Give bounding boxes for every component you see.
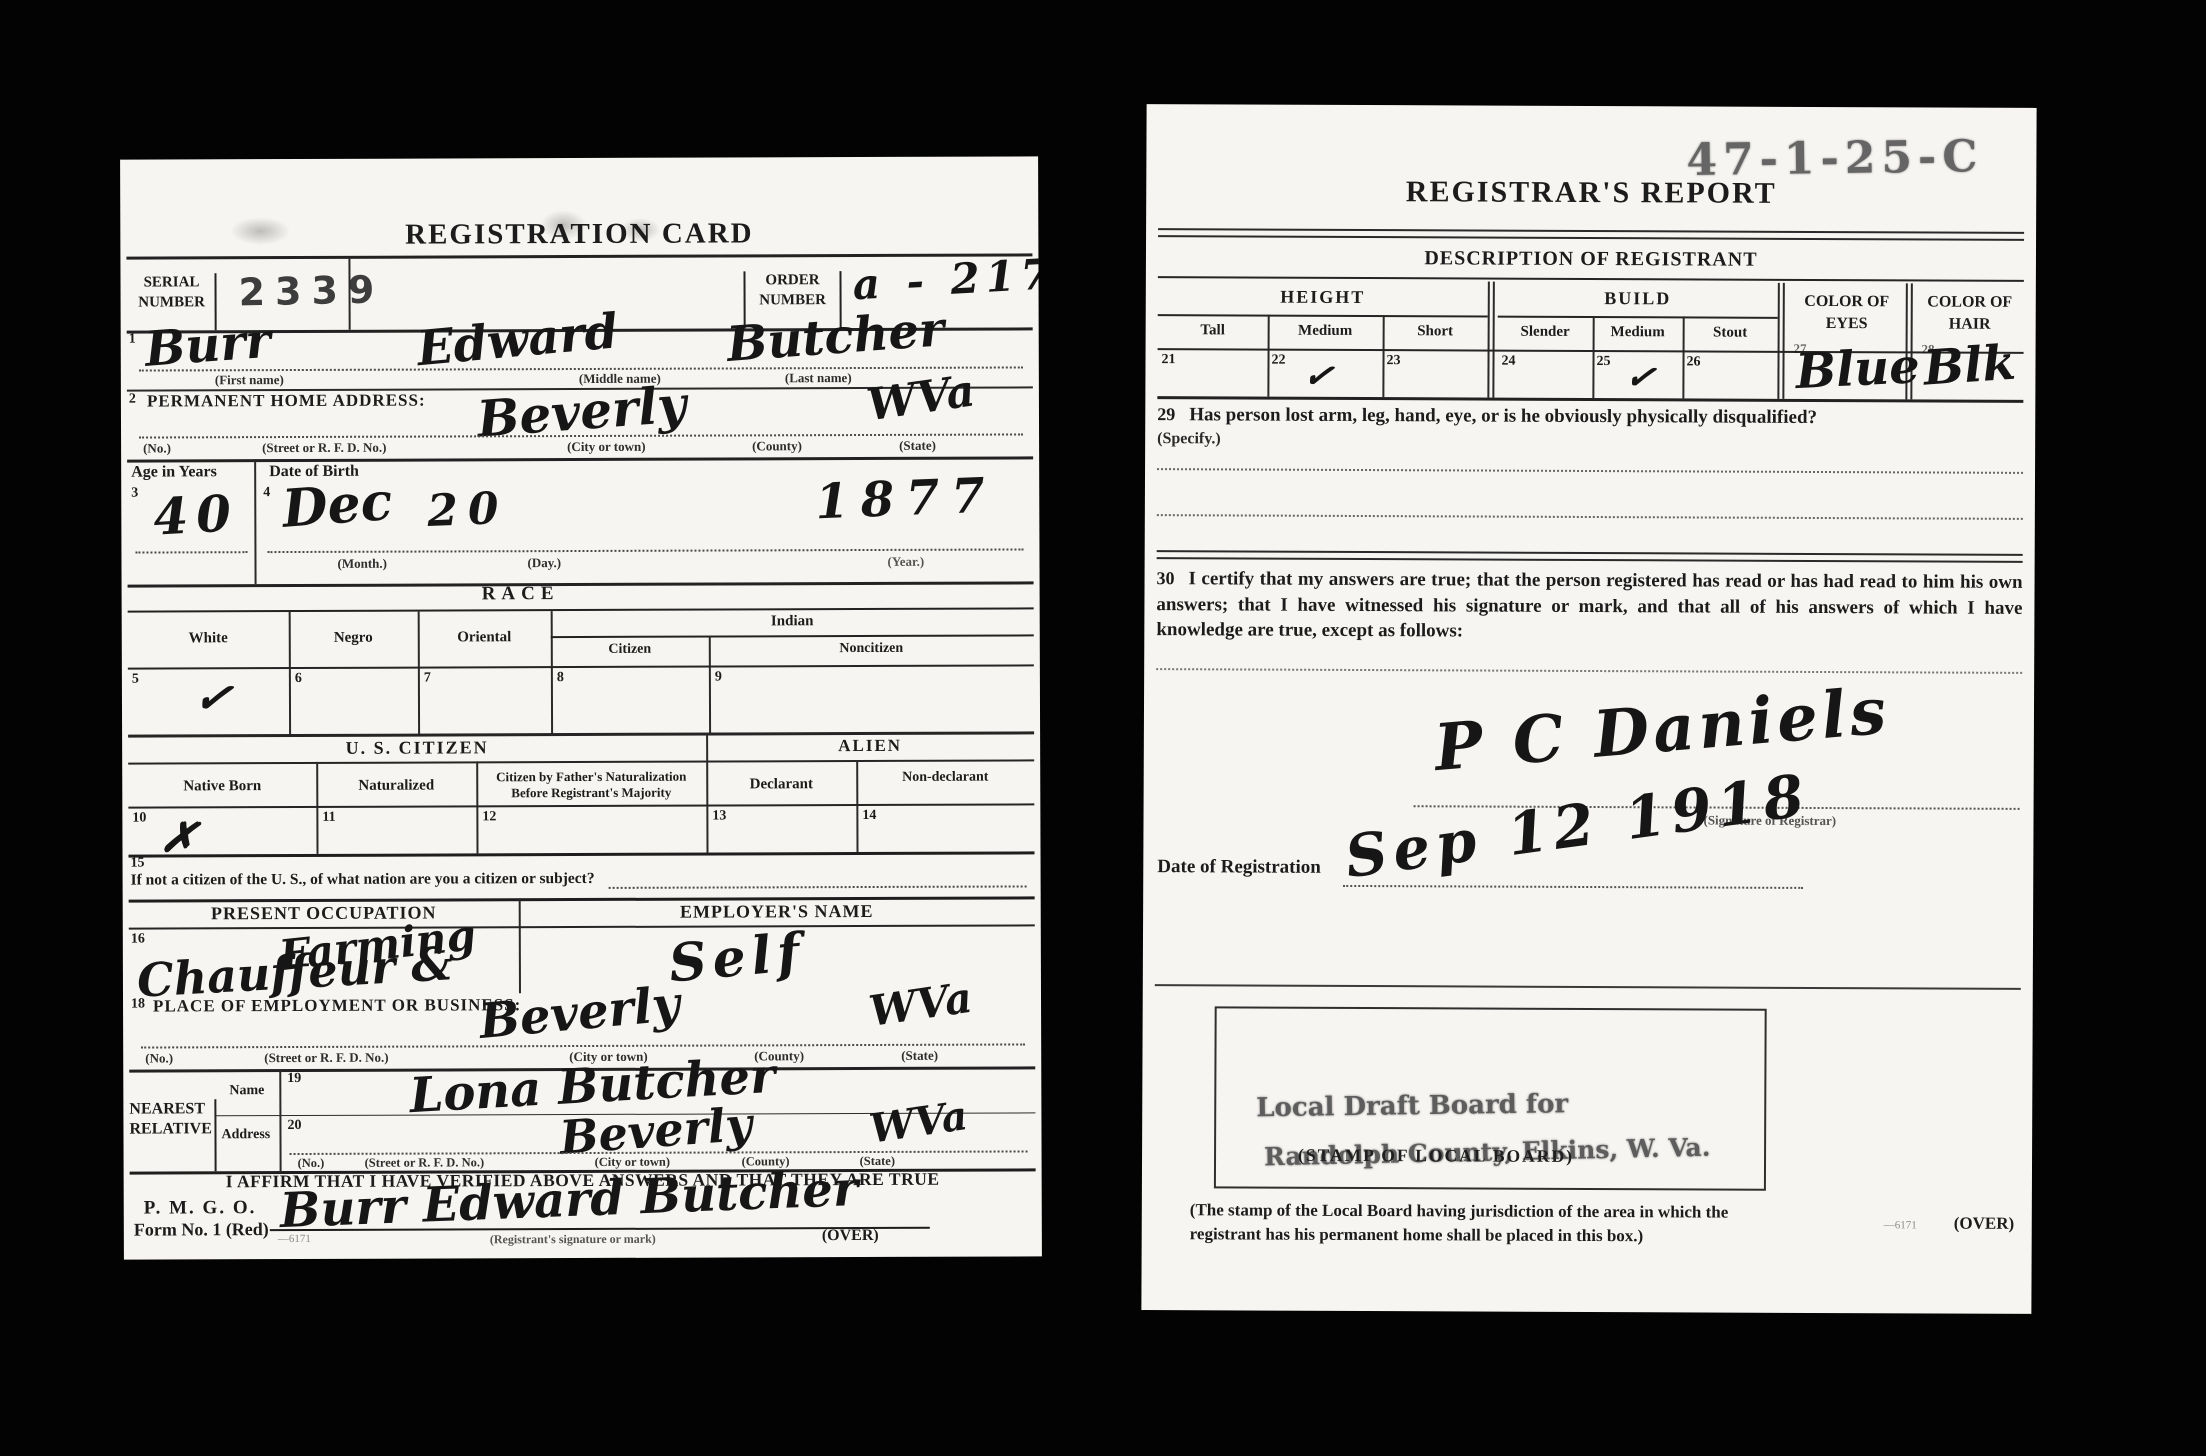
order-number-value: a - 217 <box>851 249 1042 309</box>
father-naturalization-header-line2: Before Registrant's Majority <box>478 785 704 802</box>
home-address-label: PERMANENT HOME ADDRESS: <box>147 391 426 412</box>
nearest-relative-section: NEAREST RELATIVE Name Address 19 Lona Bu… <box>129 1066 1035 1174</box>
place-of-employment-label: PLACE OF EMPLOYMENT OR BUSINESS: <box>153 995 521 1016</box>
local-board-stamp-box: Local Draft Board for Randolph County, E… <box>1214 1006 1767 1190</box>
dob-year-label: (Year.) <box>887 554 924 570</box>
address-no-label: (No.) <box>143 440 171 456</box>
relative-state-handwriting: WVa <box>867 1092 971 1153</box>
race-white-checkmark: ✓ <box>190 668 236 727</box>
address-county-label: (County) <box>752 438 802 454</box>
serial-cell-divider <box>348 259 350 330</box>
address-state-label: (State) <box>899 438 936 454</box>
employer-handwriting: Self <box>666 921 808 994</box>
medium-height-header: Medium <box>1268 323 1383 341</box>
non-declarant-header: Non-declarant <box>856 769 1034 785</box>
registrant-signature-label: (Registrant's signature or mark) <box>490 1232 656 1248</box>
eyes-value-handwriting: Blue <box>1794 338 1921 400</box>
slender-header: Slender <box>1498 324 1593 341</box>
citizenship-n13: 13 <box>712 808 726 824</box>
item1-number: 1 <box>129 332 136 348</box>
registration-date-handwriting: Sep 12 1918 <box>1341 761 1814 891</box>
race-negro-header: Negro <box>289 630 418 647</box>
citizenship-header-bottom-line <box>128 803 1034 808</box>
us-citizen-title: U. S. CITIZEN <box>128 737 706 760</box>
relative-label-col-divider <box>279 1069 281 1171</box>
race-table: White Negro Oriental Indian Citizen Nonc… <box>128 607 1034 734</box>
report-title: REGISTRAR'S REPORT <box>1146 174 2036 212</box>
father-naturalization-header-line1: Citizen by Father's Naturalization <box>478 769 704 786</box>
item16-number: 16 <box>131 932 145 948</box>
race-indian-sub-divider <box>709 636 711 735</box>
q30-answer-line <box>1156 668 2022 674</box>
item15-write-line <box>609 885 1027 888</box>
address-city-label: (City or town) <box>567 439 646 455</box>
dob-year-handwriting: 1877 <box>814 467 998 530</box>
registration-date-label: Date of Registration <box>1157 856 1321 879</box>
affirmation-footer: I AFFIRM THAT I HAVE VERIFIED ABOVE ANSW… <box>130 1168 1036 1259</box>
local-board-stamp-line1: Local Draft Board for <box>1256 1089 1568 1123</box>
employment-write-line <box>141 1043 1025 1048</box>
card-title: REGISTRATION CARD <box>120 216 1038 252</box>
alien-title: ALIEN <box>706 735 1034 756</box>
item15-number: 15 <box>131 856 145 872</box>
relative-n19: 19 <box>287 1071 301 1087</box>
dob-month-label: (Month.) <box>337 556 387 572</box>
naturalized-header: Naturalized <box>316 777 476 795</box>
header-double-rule <box>1158 228 2024 241</box>
dob-month-handwriting: Dec <box>280 471 394 540</box>
height-group-header: HEIGHT <box>1158 286 1488 308</box>
lower-section-rule <box>1155 984 2021 990</box>
item4-number: 4 <box>263 485 270 501</box>
short-header: Short <box>1383 323 1488 340</box>
occupation-employer-section: PRESENT OCCUPATION EMPLOYER'S NAME 16 Fa… <box>129 896 1035 994</box>
build-medium-checkmark: ✓ <box>1623 354 1659 400</box>
race-section: RACE White Negro Oriental Indian Citizen… <box>128 581 1035 734</box>
q29-answer-line-1 <box>1157 468 2023 474</box>
q29-answer-line-2 <box>1157 514 2023 520</box>
desc-n26: 26 <box>1686 354 1700 370</box>
desc-n23: 23 <box>1386 353 1400 369</box>
race-title: RACE <box>128 582 914 607</box>
race-n9: 9 <box>715 670 722 686</box>
relative-state-label: (State) <box>860 1154 895 1169</box>
registration-card: REGISTRATION CARD SERIAL NUMBER 2339 ORD… <box>120 156 1042 1259</box>
q30-number: 30 <box>1157 568 1175 588</box>
race-n5: 5 <box>132 672 139 688</box>
q29-number: 29 <box>1157 404 1175 424</box>
employment-no-label: (No.) <box>145 1050 173 1066</box>
question-30: 30I certify that my answers are true; th… <box>1156 566 2022 647</box>
group-header-line-build <box>1498 316 1778 319</box>
dob-day-label: (Day.) <box>527 555 561 571</box>
race-n7: 7 <box>424 671 431 687</box>
scan-background: { "colors":{"background":"#030303","pape… <box>0 0 2206 1456</box>
build-eyes-divider <box>1777 283 1785 399</box>
age-handwriting: 40 <box>152 483 241 547</box>
registration-date-line <box>1343 885 1803 889</box>
age-write-line <box>135 551 247 553</box>
address-street-label: (Street or R. F. D. No.) <box>262 440 386 456</box>
item2-number: 2 <box>129 392 136 408</box>
native-born-header: Native Born <box>128 778 316 796</box>
race-n8: 8 <box>557 670 564 686</box>
tall-header: Tall <box>1158 322 1268 339</box>
desc-n22: 22 <box>1271 353 1285 369</box>
first-name-handwriting: Burr <box>143 313 273 378</box>
last-name-label: (Last name) <box>785 370 852 386</box>
serial-number-value: 2339 <box>238 267 385 314</box>
over-label: (OVER) <box>822 1227 879 1245</box>
race-oriental-header: Oriental <box>418 629 551 646</box>
relative-no-label: (No.) <box>298 1156 325 1171</box>
home-address-row: 2 PERMANENT HOME ADDRESS: Beverly WVa (N… <box>127 386 1033 462</box>
citizenship-n14: 14 <box>862 808 876 824</box>
report-over-label: (OVER) <box>1954 1214 2015 1234</box>
eyes-header: COLOR OF EYES <box>1788 291 1906 335</box>
stamp-box-note: (The stamp of the Local Board having jur… <box>1190 1198 1780 1248</box>
employment-state-label: (State) <box>901 1048 938 1064</box>
build-group-header: BUILD <box>1498 288 1778 310</box>
citizenship-section: U. S. CITIZEN ALIEN Native Born Naturali… <box>128 731 1034 857</box>
report-print-code: —6171 <box>1884 1219 1917 1231</box>
description-title: DESCRIPTION OF REGISTRANT <box>1146 246 2036 273</box>
nearest-relative-title: NEAREST RELATIVE <box>129 1099 216 1171</box>
race-white-header: White <box>128 630 289 648</box>
mid-double-rule <box>1157 550 2023 563</box>
item15-question: If not a citizen of the U. S., of what n… <box>131 870 595 890</box>
desc-n25: 25 <box>1596 354 1610 370</box>
pmgo-label: P. M. G. O. <box>144 1197 257 1219</box>
item3-number: 3 <box>131 486 138 502</box>
registrar-signature-handwriting: P C Daniels <box>1432 674 1893 787</box>
form-number-label: Form No. 1 (Red) <box>134 1219 269 1240</box>
stamp-box-printed-label: (STAMP OF LOCAL BOARD) <box>1298 1145 1574 1167</box>
relative-n20: 20 <box>287 1118 301 1134</box>
native-born-checkmark: ✗ <box>158 811 200 865</box>
relative-name-label: Name <box>229 1083 264 1099</box>
race-indian-citizen-header: Citizen <box>551 642 709 659</box>
group-header-line-height <box>1158 314 1488 317</box>
medium-build-header: Medium <box>1593 324 1683 341</box>
q29-text: Has person lost arm, leg, hand, eye, or … <box>1189 404 1817 428</box>
age-dob-row: Age in Years 3 40 Date of Birth 4 Dec 20… <box>127 456 1033 587</box>
relative-address-label: Address <box>221 1127 270 1143</box>
citizenship-title-line <box>128 759 1034 764</box>
registrars-report-card: 47-1-25-C REGISTRAR'S REPORT DESCRIPTION… <box>1141 104 2036 1314</box>
q30-text: I certify that my answers are true; that… <box>1156 568 2022 641</box>
height-medium-checkmark: ✓ <box>1301 353 1337 399</box>
age-label: Age in Years <box>131 463 217 481</box>
race-indian-noncitizen-header: Noncitizen <box>709 640 1034 657</box>
dob-day-handwriting: 20 <box>426 483 509 537</box>
citizenship-n12: 12 <box>482 809 496 825</box>
race-n6: 6 <box>295 671 302 687</box>
desc-n21: 21 <box>1161 352 1175 368</box>
citizenship-n11: 11 <box>322 810 335 826</box>
item18-number: 18 <box>131 997 145 1013</box>
declarant-header: Declarant <box>706 776 856 794</box>
relative-street-label: (Street or R. F. D. No.) <box>365 1155 485 1170</box>
question-29: 29Has person lost arm, leg, hand, eye, o… <box>1157 404 2023 452</box>
hair-header: COLOR OF HAIR <box>1916 291 2024 335</box>
occupation-header-line <box>129 924 1035 929</box>
age-dob-divider <box>254 459 256 584</box>
desc-n24: 24 <box>1501 354 1515 370</box>
citizenship-n10: 10 <box>132 811 146 827</box>
description-table: HEIGHT BUILD COLOR OF EYES COLOR OF HAIR… <box>1157 280 2024 403</box>
employment-street-label: (Street or R. F. D. No.) <box>264 1050 388 1066</box>
employers-name-title: EMPLOYER'S NAME <box>519 900 1035 923</box>
stout-header: Stout <box>1683 324 1778 341</box>
race-header-bottom-line <box>128 664 1034 669</box>
q29-specify-label: (Specify.) <box>1157 430 2023 452</box>
first-name-label: (First name) <box>215 372 284 388</box>
dob-write-line <box>267 548 1023 553</box>
item15-row: 15 If not a citizen of the U. S., of wha… <box>129 851 1035 902</box>
hair-value-handwriting: Blk <box>1922 335 2018 397</box>
height-build-divider <box>1487 282 1495 398</box>
race-indian-header: Indian <box>551 612 1034 638</box>
